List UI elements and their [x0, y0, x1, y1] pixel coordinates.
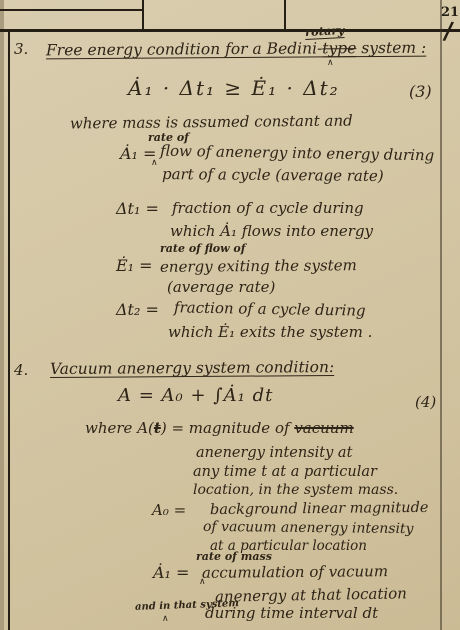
def-A1-line1: flow of anenergy into energy during: [160, 143, 434, 164]
caret-icon: ∧: [151, 158, 158, 168]
insertion-rotary: rotary: [305, 24, 345, 39]
left-margin-line: [8, 29, 10, 630]
def-A0-symbol: A₀ =: [152, 502, 186, 519]
section3-heading-text: Free energy condition for a Bedini-type …: [46, 39, 426, 60]
page-edge-shadow: [0, 0, 4, 630]
def-A1dot-symbol: Ȧ₁ =: [153, 564, 189, 582]
def-E1-symbol: Ė₁ =: [116, 257, 153, 275]
whereA-mid: ) = magnitude of: [161, 419, 294, 437]
insertion-rate-of-mass: rate of mass: [196, 551, 272, 563]
heading-pre: Free energy condition for a Bedini-: [46, 39, 322, 59]
def-dt1-symbol: Δt₁ =: [116, 200, 159, 218]
whereA-struck-t: t: [154, 419, 161, 437]
top-grid-vline-1: [142, 0, 144, 30]
heading-post: system :: [356, 39, 426, 57]
struck-word-vacuum: vacuum: [294, 419, 353, 437]
def-A1dot-line1: accumulation of vacuum: [202, 563, 388, 581]
def-dt1-line1: fraction of a cycle during: [172, 200, 364, 217]
section4-heading: Vacuum anenergy system condition:: [50, 359, 334, 378]
whereA-pre: where A(: [85, 419, 154, 437]
def-E1-line2: (average rate): [167, 279, 275, 296]
equation-4: A = A₀ + ∫Ȧ₁ dt: [118, 386, 273, 406]
def-A0-line2: of vacuum anenergy intensity: [203, 520, 414, 538]
whereA-line3: any time t at a particular: [193, 465, 377, 481]
section4-number: 4.: [14, 362, 28, 379]
def-dt2-line2: which Ė₁ exits the system .: [168, 324, 372, 341]
def-E1-line1: energy exiting the system: [160, 257, 357, 275]
where-clause-3: where mass is assumed constant and: [70, 113, 353, 132]
equation-4-number: (4): [415, 394, 436, 411]
whereA-line2: anenergy intensity at: [196, 446, 352, 462]
where-clause-4: where A(t) = magnitude of vacuum: [85, 420, 354, 437]
notebook-page: 21 / 3. Free energy condition for a Bedi…: [0, 0, 460, 630]
top-grid-hline-short: [0, 9, 143, 11]
whereA-line4: location, in the system mass.: [193, 483, 398, 498]
caret-icon: ∧: [327, 58, 334, 68]
def-dt2-symbol: Δt₂ =: [116, 301, 159, 319]
def-A1dot-line3: during time interval dt: [205, 605, 378, 622]
heading-struck-word: type: [322, 39, 356, 57]
section3-number: 3.: [14, 41, 28, 58]
top-rule-full: [0, 29, 460, 32]
insertion-rate-of-flow: rate of flow of: [160, 243, 245, 255]
def-dt1-line2: which Ȧ₁ flows into energy: [170, 223, 373, 240]
caret-icon: ∧: [162, 614, 169, 624]
top-grid-vline-2: [284, 0, 286, 30]
equation-3-number: (3): [409, 83, 432, 101]
def-A0-line1: background linear magnitude: [210, 501, 429, 519]
def-A1dot-line2: anenergy at that location: [215, 585, 407, 605]
section3-heading: Free energy condition for a Bedini-type …: [46, 40, 426, 60]
def-A1-line2: part of a cycle (average rate): [162, 166, 384, 184]
equation-3: Ȧ₁ · Δt₁ ≥ Ė₁ · Δt₂: [128, 77, 340, 99]
page-number-slash: /: [442, 16, 455, 46]
def-dt2-line1: fraction of a cycle during: [174, 299, 366, 319]
right-margin-line: [440, 0, 442, 630]
